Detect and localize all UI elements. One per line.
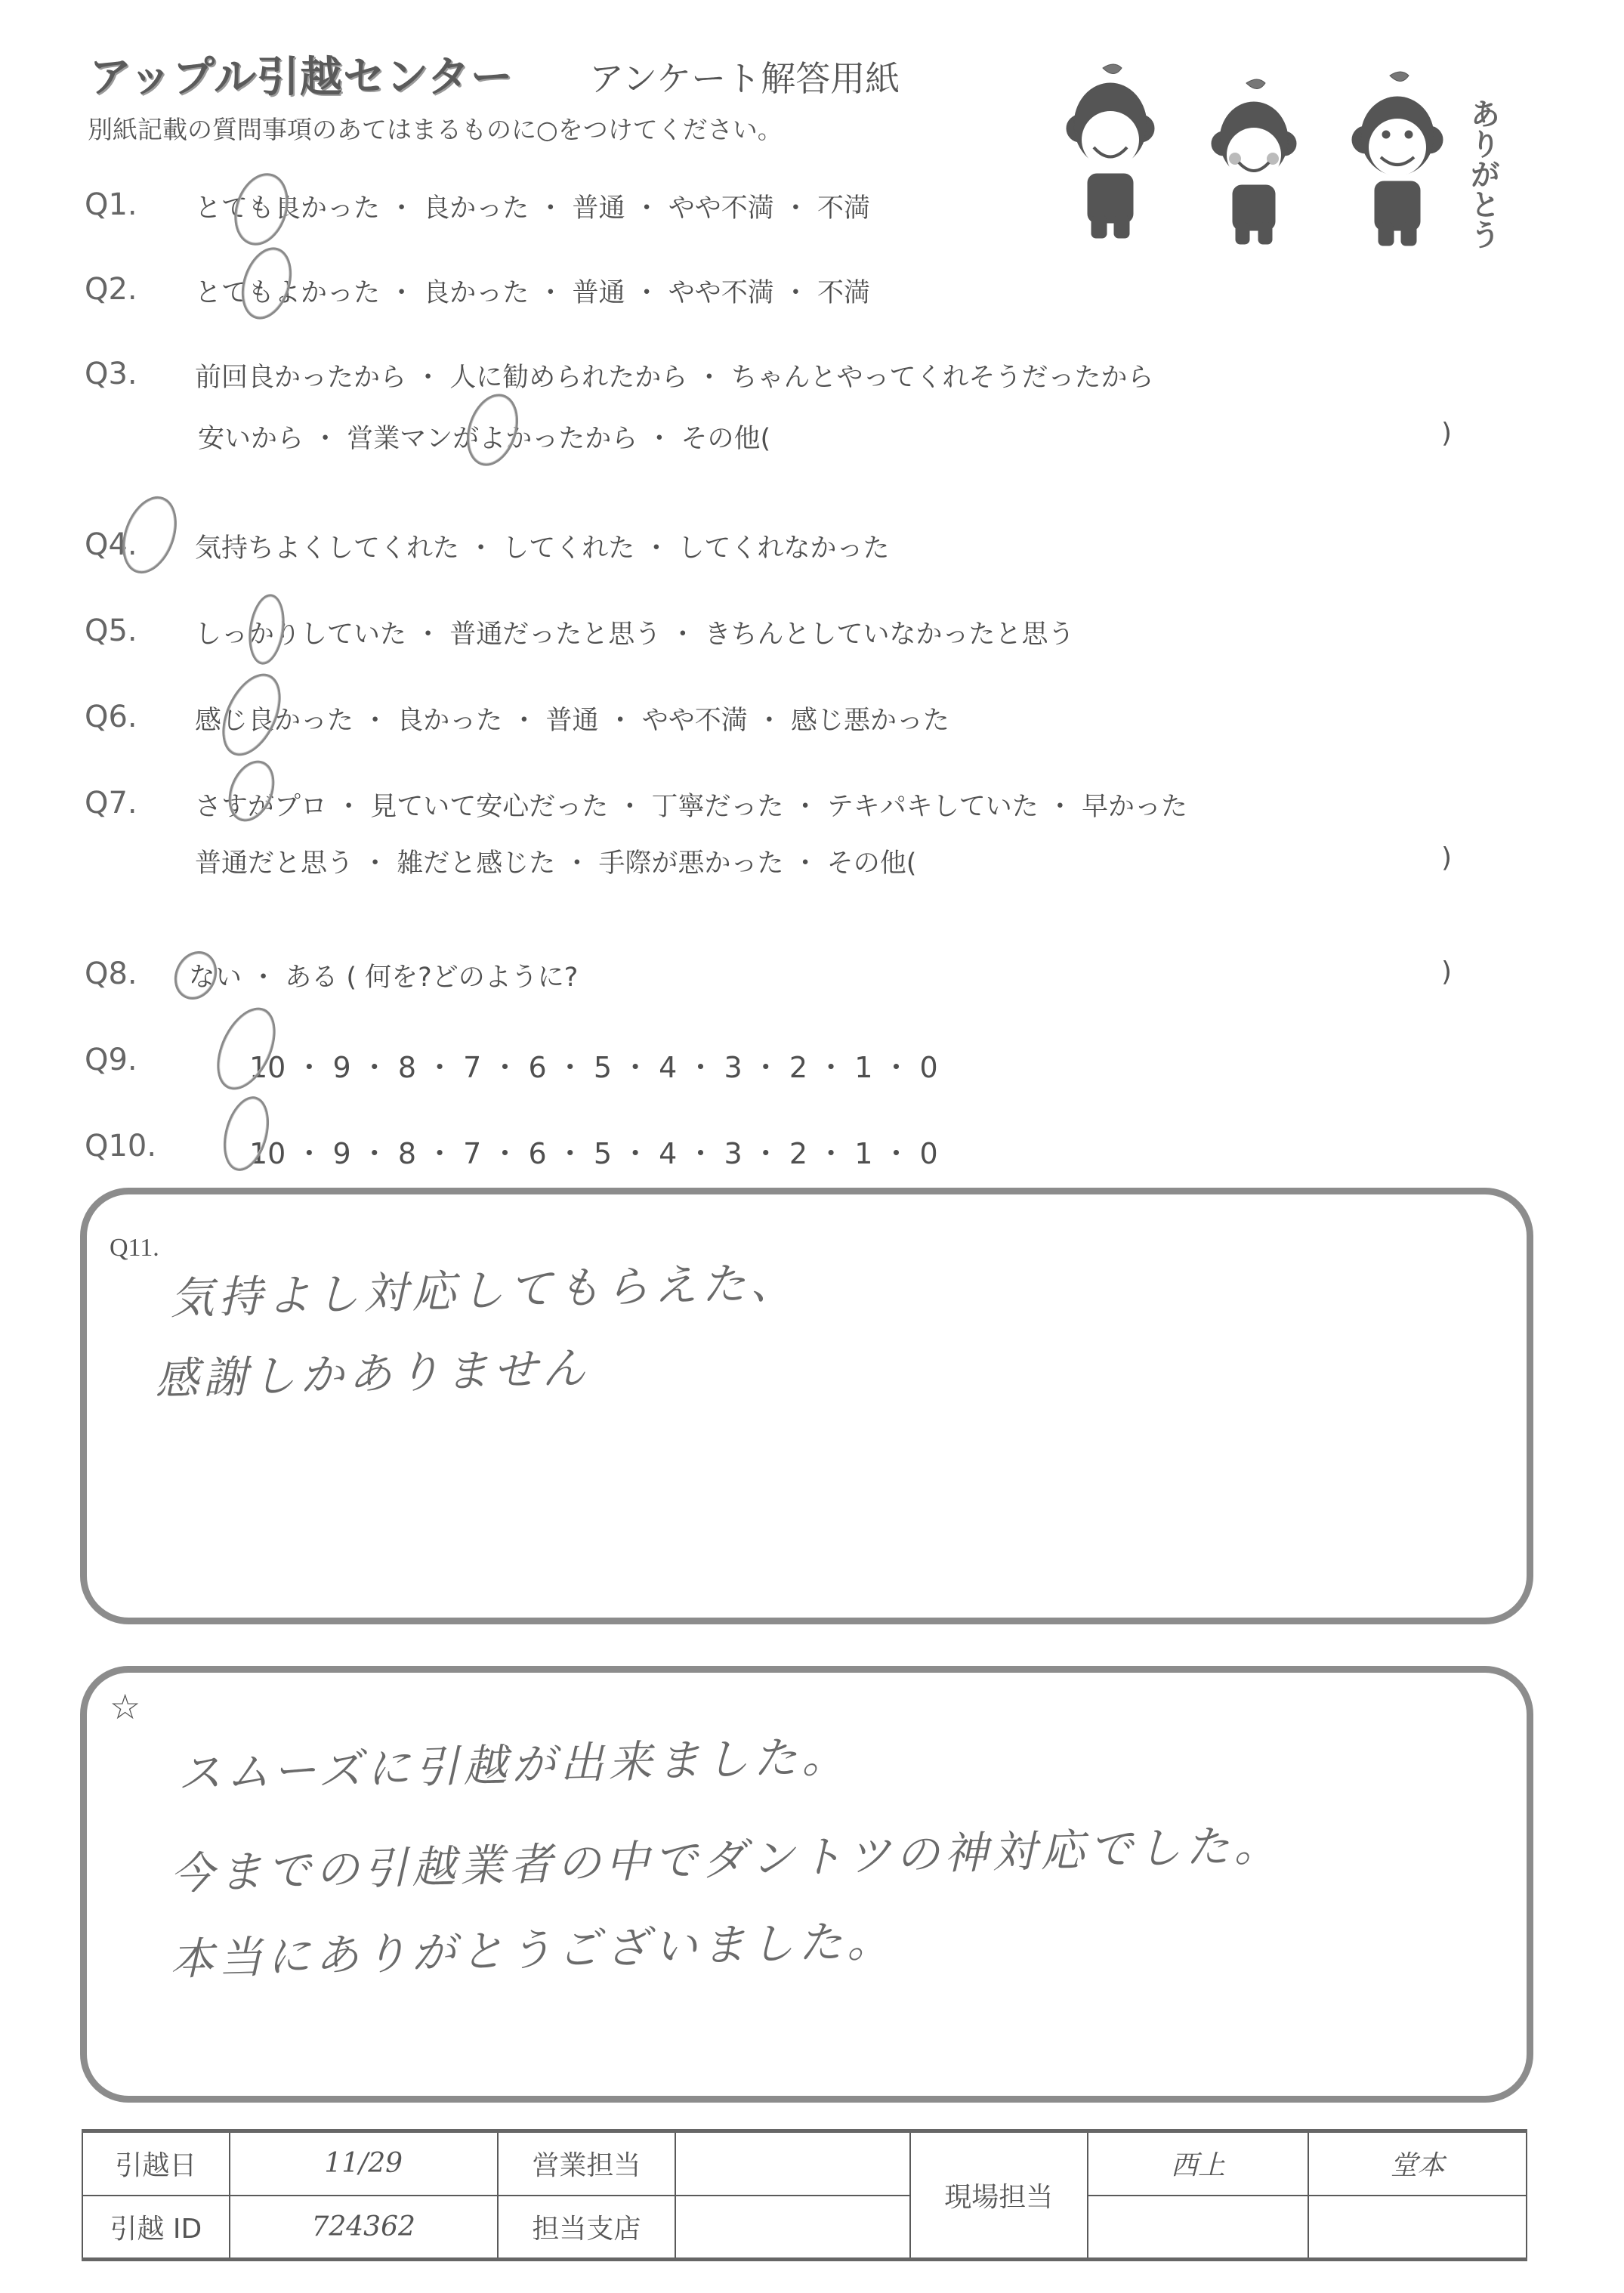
q2-label: Q2. xyxy=(85,272,137,307)
brand-title: アップル引越センター xyxy=(89,44,514,104)
star-icon: ☆ xyxy=(110,1686,140,1727)
site-staff-3[interactable] xyxy=(1088,2196,1308,2260)
q11-label: Q11. xyxy=(110,1234,159,1262)
comment-line2: 今までの引越業者の中でダントツの神対応でした。 xyxy=(169,1809,1283,1902)
q2-options[interactable]: とてもよかった ・ 良かった ・ 普通 ・ やや不満 ・ 不満 xyxy=(195,272,870,310)
q7-options-line1[interactable]: さすがプロ ・ 見ていて安心だった ・ 丁寧だった ・ テキパキしていた ・ 早… xyxy=(195,786,1187,824)
comments-box[interactable]: ☆ スムーズに引越が出来ました。 今までの引越業者の中でダントツの神対応でした。… xyxy=(80,1666,1533,2103)
instruction-text: 別紙記載の質問事項のあてはまるものに○をつけてください。 xyxy=(88,110,783,146)
site-staff-1[interactable]: 西上 xyxy=(1088,2131,1308,2196)
selection-circle-q1 xyxy=(226,166,298,252)
q3-close-paren: ) xyxy=(1441,418,1452,449)
move-id-value[interactable]: 724362 xyxy=(230,2196,498,2260)
mascot-caption: ありがとう xyxy=(1462,98,1505,249)
move-date-value[interactable]: 11/29 xyxy=(230,2131,498,2196)
q1-options[interactable]: とても良かった ・ 良かった ・ 普通 ・ やや不満 ・ 不満 xyxy=(195,187,870,225)
q1-label: Q1. xyxy=(85,187,137,222)
selection-circle-q5 xyxy=(245,592,289,666)
q6-options[interactable]: 感じ良かった ・ 良かった ・ 普通 ・ やや不満 ・ 感じ悪かった xyxy=(195,700,949,737)
selection-circle-q2 xyxy=(233,241,300,326)
branch-label: 担当支店 xyxy=(498,2196,676,2260)
sales-rep-label: 営業担当 xyxy=(498,2131,676,2196)
selection-circle-q3 xyxy=(458,388,526,473)
sales-rep-value[interactable] xyxy=(675,2131,909,2196)
q3-label: Q3. xyxy=(85,357,137,391)
q8-label: Q8. xyxy=(85,956,137,991)
q7-close-paren: ) xyxy=(1441,842,1452,873)
q7-label: Q7. xyxy=(85,786,137,820)
q8-options[interactable]: ない ・ ある ( 何を?どのように? xyxy=(189,956,578,994)
q6-label: Q6. xyxy=(85,700,137,734)
move-date-label: 引越日 xyxy=(82,2131,230,2196)
q11-answer-line1: 気持よし対応してもらえた、 xyxy=(169,1247,799,1327)
selection-circle-q4 xyxy=(113,489,187,581)
q10-scale[interactable]: 10 ・ 9 ・ 8 ・ 7 ・ 6 ・ 5 ・ 4 ・ 3 ・ 2 ・ 1 ・… xyxy=(249,1130,938,1172)
q7-options-line2[interactable]: 普通だと思う ・ 雑だと感じた ・ 手際が悪かった ・ その他( xyxy=(195,842,916,880)
site-staff-2[interactable]: 堂本 xyxy=(1308,2131,1527,2196)
move-info-table: 引越日 11/29 営業担当 現場担当 西上 堂本 引越 ID 724362 担… xyxy=(82,2129,1527,2261)
q4-options[interactable]: 気持ちよくしてくれた ・ してくれた ・ してくれなかった xyxy=(195,527,890,565)
q9-label: Q9. xyxy=(85,1043,137,1077)
move-id-label: 引越 ID xyxy=(82,2196,230,2260)
mascot-illustration xyxy=(1012,45,1503,257)
q10-label: Q10. xyxy=(85,1129,156,1163)
q11-answer-box[interactable]: Q11. 気持よし対応してもらえた、 感謝しかありません xyxy=(80,1188,1533,1624)
selection-circle-q8 xyxy=(167,944,225,1007)
site-staff-4[interactable] xyxy=(1308,2196,1527,2260)
q5-label: Q5. xyxy=(85,613,137,648)
q8-close-paren: ) xyxy=(1441,956,1452,987)
q3-options-line1[interactable]: 前回良かったから ・ 人に勧められたから ・ ちゃんとやってくれそうだったから xyxy=(195,357,1154,394)
q5-options[interactable]: しっかりしていた ・ 普通だったと思う ・ きちんとしていなかったと思う xyxy=(195,613,1075,651)
site-staff-label: 現場担当 xyxy=(910,2131,1088,2260)
q11-answer-line2: 感謝しかありません xyxy=(154,1332,591,1407)
form-subtitle: アンケート解答用紙 xyxy=(589,51,900,101)
q9-scale[interactable]: 10 ・ 9 ・ 8 ・ 7 ・ 6 ・ 5 ・ 4 ・ 3 ・ 2 ・ 1 ・… xyxy=(249,1044,938,1086)
comment-line1: スムーズに引越が出来ました。 xyxy=(177,1720,851,1801)
comment-line3: 本当にありがとうございました。 xyxy=(169,1905,896,1987)
branch-value[interactable] xyxy=(675,2196,909,2260)
